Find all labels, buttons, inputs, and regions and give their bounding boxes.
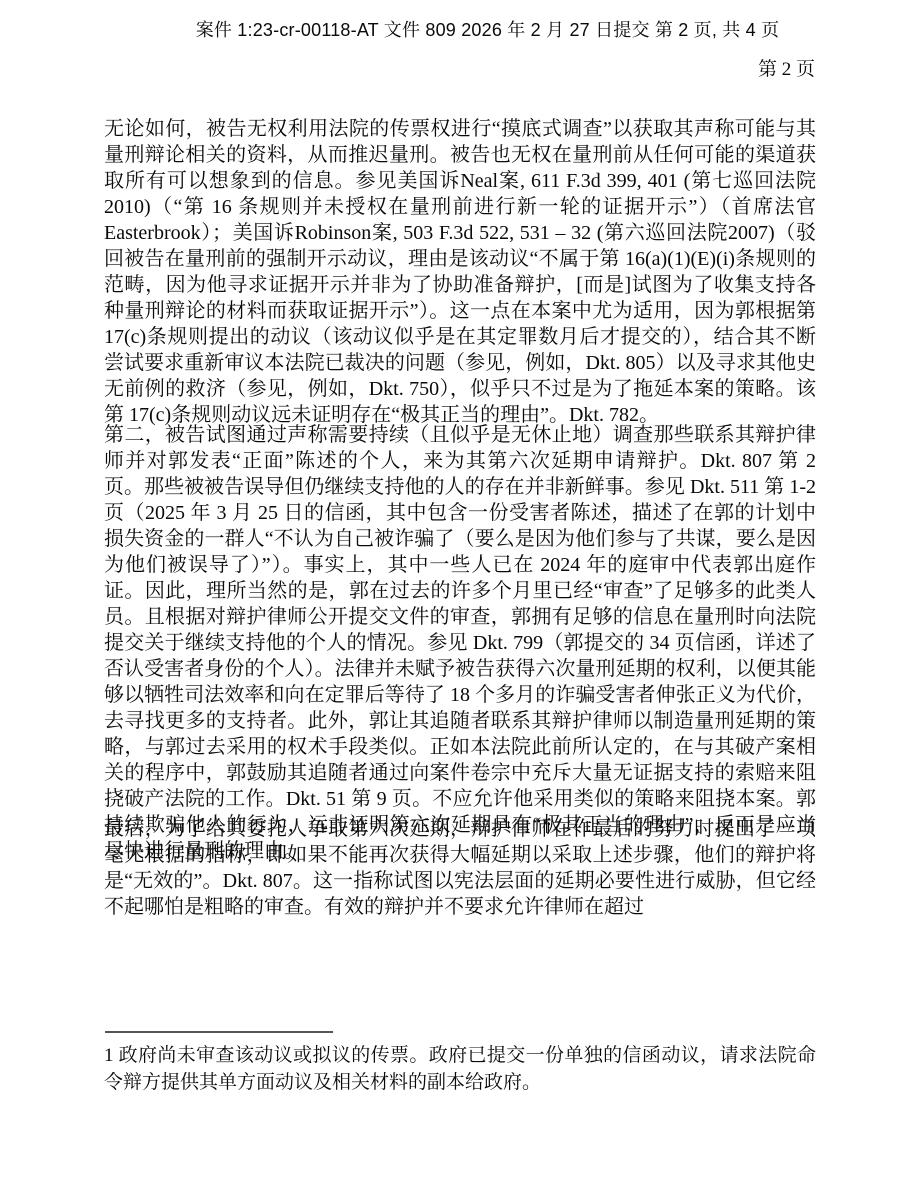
body-paragraph-1: 无论如何，被告无权利用法院的传票权进行“摸底式调查”以获取其声称可能与其量刑辩论… xyxy=(104,116,816,428)
case-stamp-header: 案件 1:23-cr-00118-AT 文件 809 2026 年 2 月 27… xyxy=(0,16,919,42)
document-page: 案件 1:23-cr-00118-AT 文件 809 2026 年 2 月 27… xyxy=(0,0,919,1200)
body-paragraph-2: 第二，被告试图通过声称需要持续（且似乎是无休止地）调查那些联系其辩护律师并对郭发… xyxy=(104,422,816,864)
footnote-text: 1 政府尚未审查该动议或拟议的传票。政府已提交一份单独的信函动议，请求法院命令辩… xyxy=(104,1042,816,1096)
body-paragraph-3: 最后，为了给其委托人争取第六次延期，辩护律师在作最后的努力时提出了一项毫无根据的… xyxy=(104,816,816,920)
footnote-divider xyxy=(105,1031,333,1033)
page-number: 第 2 页 xyxy=(758,54,815,81)
